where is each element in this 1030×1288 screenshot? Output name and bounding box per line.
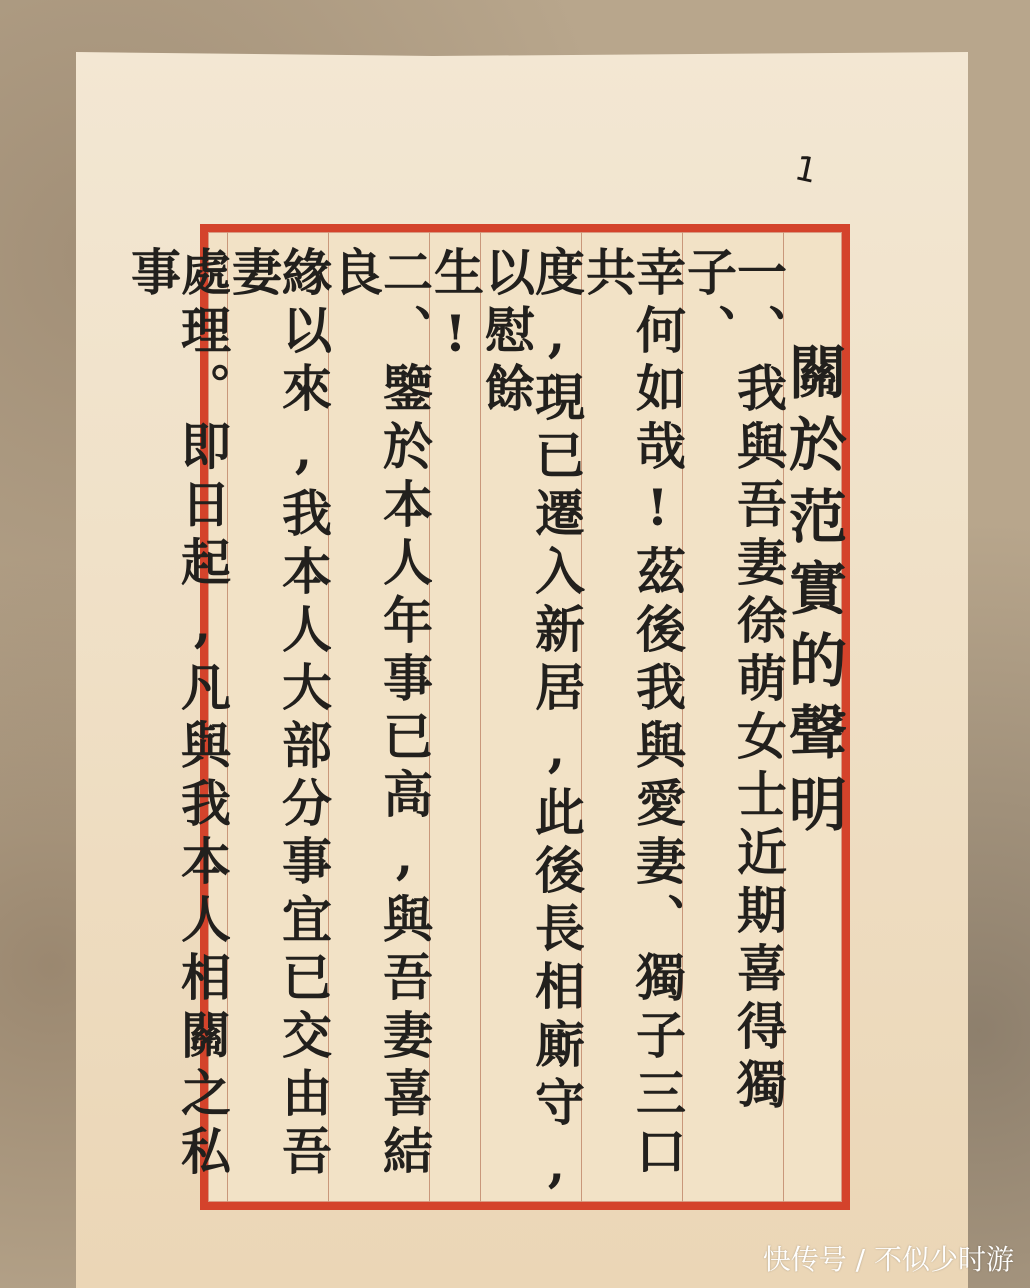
text-line: 生! xyxy=(430,232,480,1202)
column-2: 一、我與吾妻徐萌女士近期喜得獨子、 xyxy=(682,232,783,1202)
text-line: 一、我與吾妻徐萌女士近期喜得獨子、 xyxy=(683,232,783,1202)
text-line: 度,現已遷入新居,此後長相廝守,以慰餘 xyxy=(481,232,581,1202)
text-columns: 關於范實的聲明 一、我與吾妻徐萌女士近期喜得獨子、 幸何如哉!茲後我與愛妻、獨子… xyxy=(208,232,842,1202)
column-3: 幸何如哉!茲後我與愛妻、獨子三口共 xyxy=(581,232,682,1202)
text-line: 二、鑒於本人年事已高,與吾妻喜結良 xyxy=(329,232,429,1202)
watermark: 快传号 / 不似少时游 xyxy=(763,1238,1014,1278)
column-8: 處理。即日起,凡與我本人相關之私事 xyxy=(127,232,227,1202)
column-title: 關於范實的聲明 xyxy=(783,232,842,1202)
text-line: 緣以來,我本人大部分事宜已交由吾妻 xyxy=(228,232,328,1202)
ruled-frame: 關於范實的聲明 一、我與吾妻徐萌女士近期喜得獨子、 幸何如哉!茲後我與愛妻、獨子… xyxy=(200,224,850,1210)
column-6: 二、鑒於本人年事已高,與吾妻喜結良 xyxy=(328,232,429,1202)
column-7: 緣以來,我本人大部分事宜已交由吾妻 xyxy=(227,232,328,1202)
text-line: 幸何如哉!茲後我與愛妻、獨子三口共 xyxy=(582,232,682,1202)
column-4: 度,現已遷入新居,此後長相廝守,以慰餘 xyxy=(480,232,581,1202)
document-title: 關於范實的聲明 xyxy=(784,232,842,1202)
text-line: 處理。即日起,凡與我本人相關之私事 xyxy=(127,232,227,1202)
column-5: 生! xyxy=(429,232,480,1202)
